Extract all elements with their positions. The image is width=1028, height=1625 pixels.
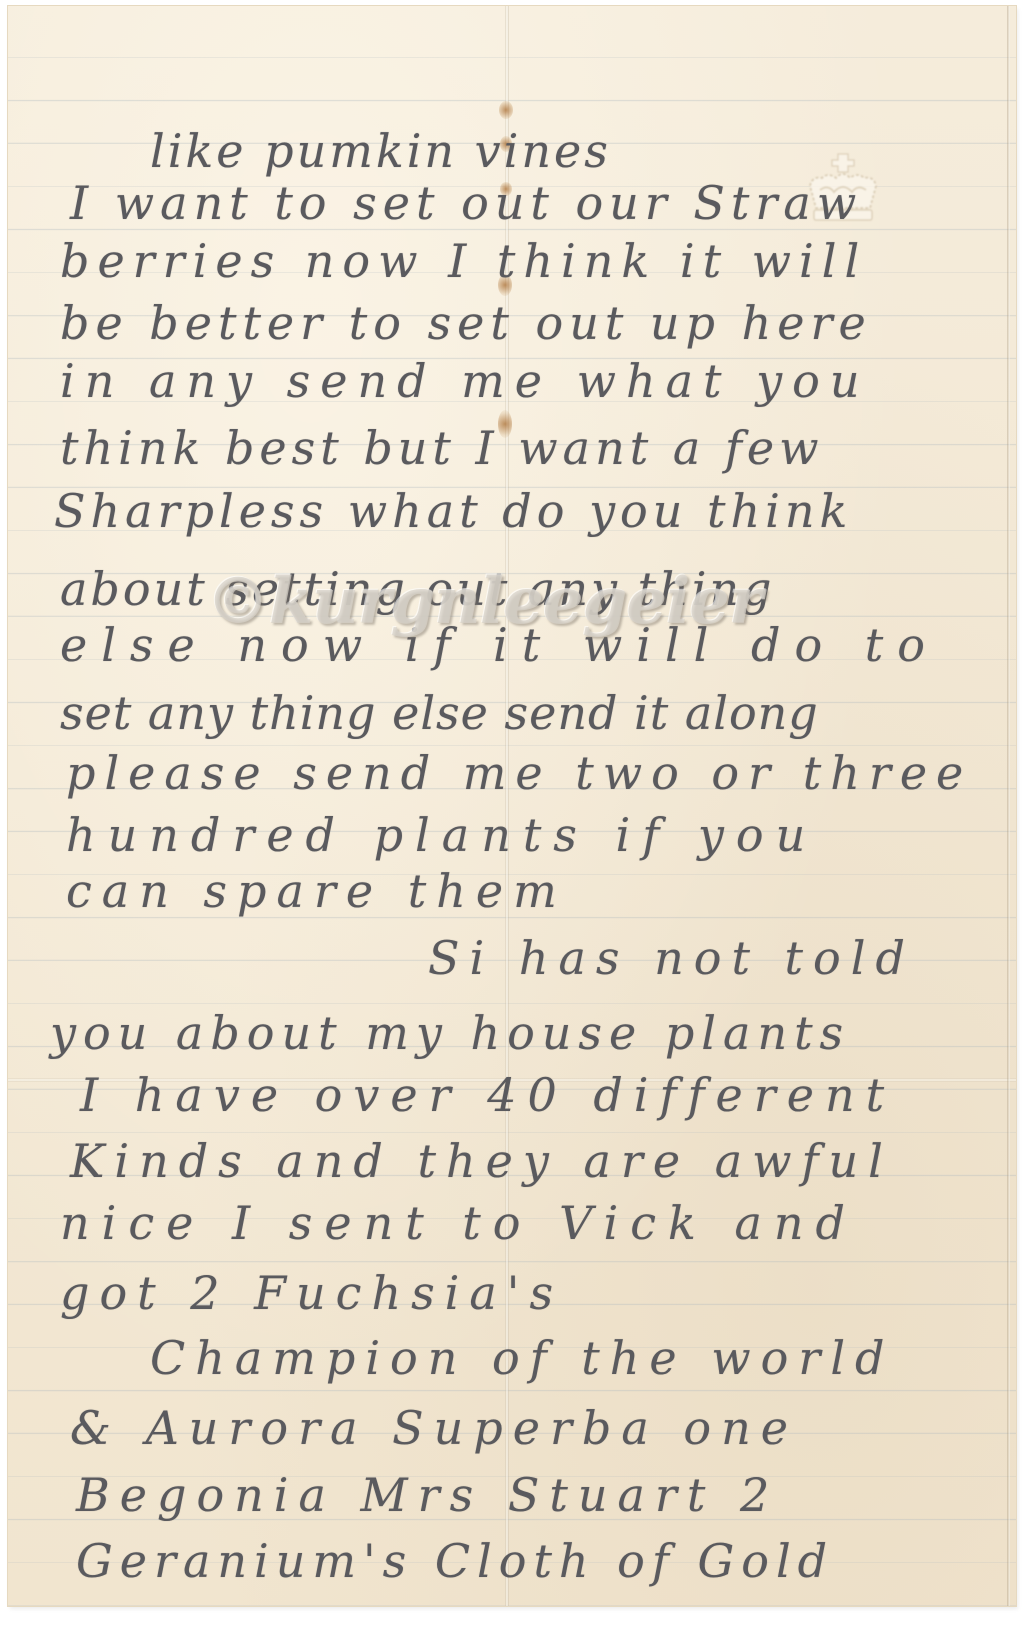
letter-page: like pumkin vines I want to set out our … <box>8 6 1016 1606</box>
letter-line: Begonia Mrs Stuart 2 <box>76 1468 779 1522</box>
letter-line: got 2 Fuchsia's <box>60 1266 563 1320</box>
letter-line: Kinds and they are awful <box>70 1134 893 1188</box>
letter-line: hundred plants if you <box>66 808 817 862</box>
letter-line: please send me two or three <box>66 746 972 800</box>
letter-line: Geranium's Cloth of Gold <box>76 1534 834 1588</box>
letter-line: about setting out any thing <box>60 562 775 616</box>
letter-line: you about my house plants <box>50 1006 850 1060</box>
letter-line: else now if it will do to <box>60 618 939 672</box>
letter-line: & Aurora Superba one <box>70 1401 798 1455</box>
right-edge-crease <box>1007 6 1010 1606</box>
letter-line: I have over 40 different <box>80 1068 895 1122</box>
letter-line: Si has not told <box>428 931 915 985</box>
letter-line: in any send me what you <box>60 354 869 408</box>
rust-spot <box>499 101 513 119</box>
letter-line: like pumkin vines <box>150 124 611 178</box>
letter-line: berries now I think it will <box>60 234 867 288</box>
letter-line: can spare them <box>66 864 567 918</box>
letter-line: Champion of the world <box>150 1331 894 1385</box>
letter-line: be better to set out up here <box>60 296 872 350</box>
letter-line: I want to set out our Straw <box>70 176 862 230</box>
letter-line: Sharpless what do you think <box>54 484 852 538</box>
letter-line: think best but I want a few <box>60 421 824 475</box>
letter-line: set any thing else send it along <box>60 686 819 740</box>
letter-line: nice I sent to Vick and <box>60 1196 857 1250</box>
